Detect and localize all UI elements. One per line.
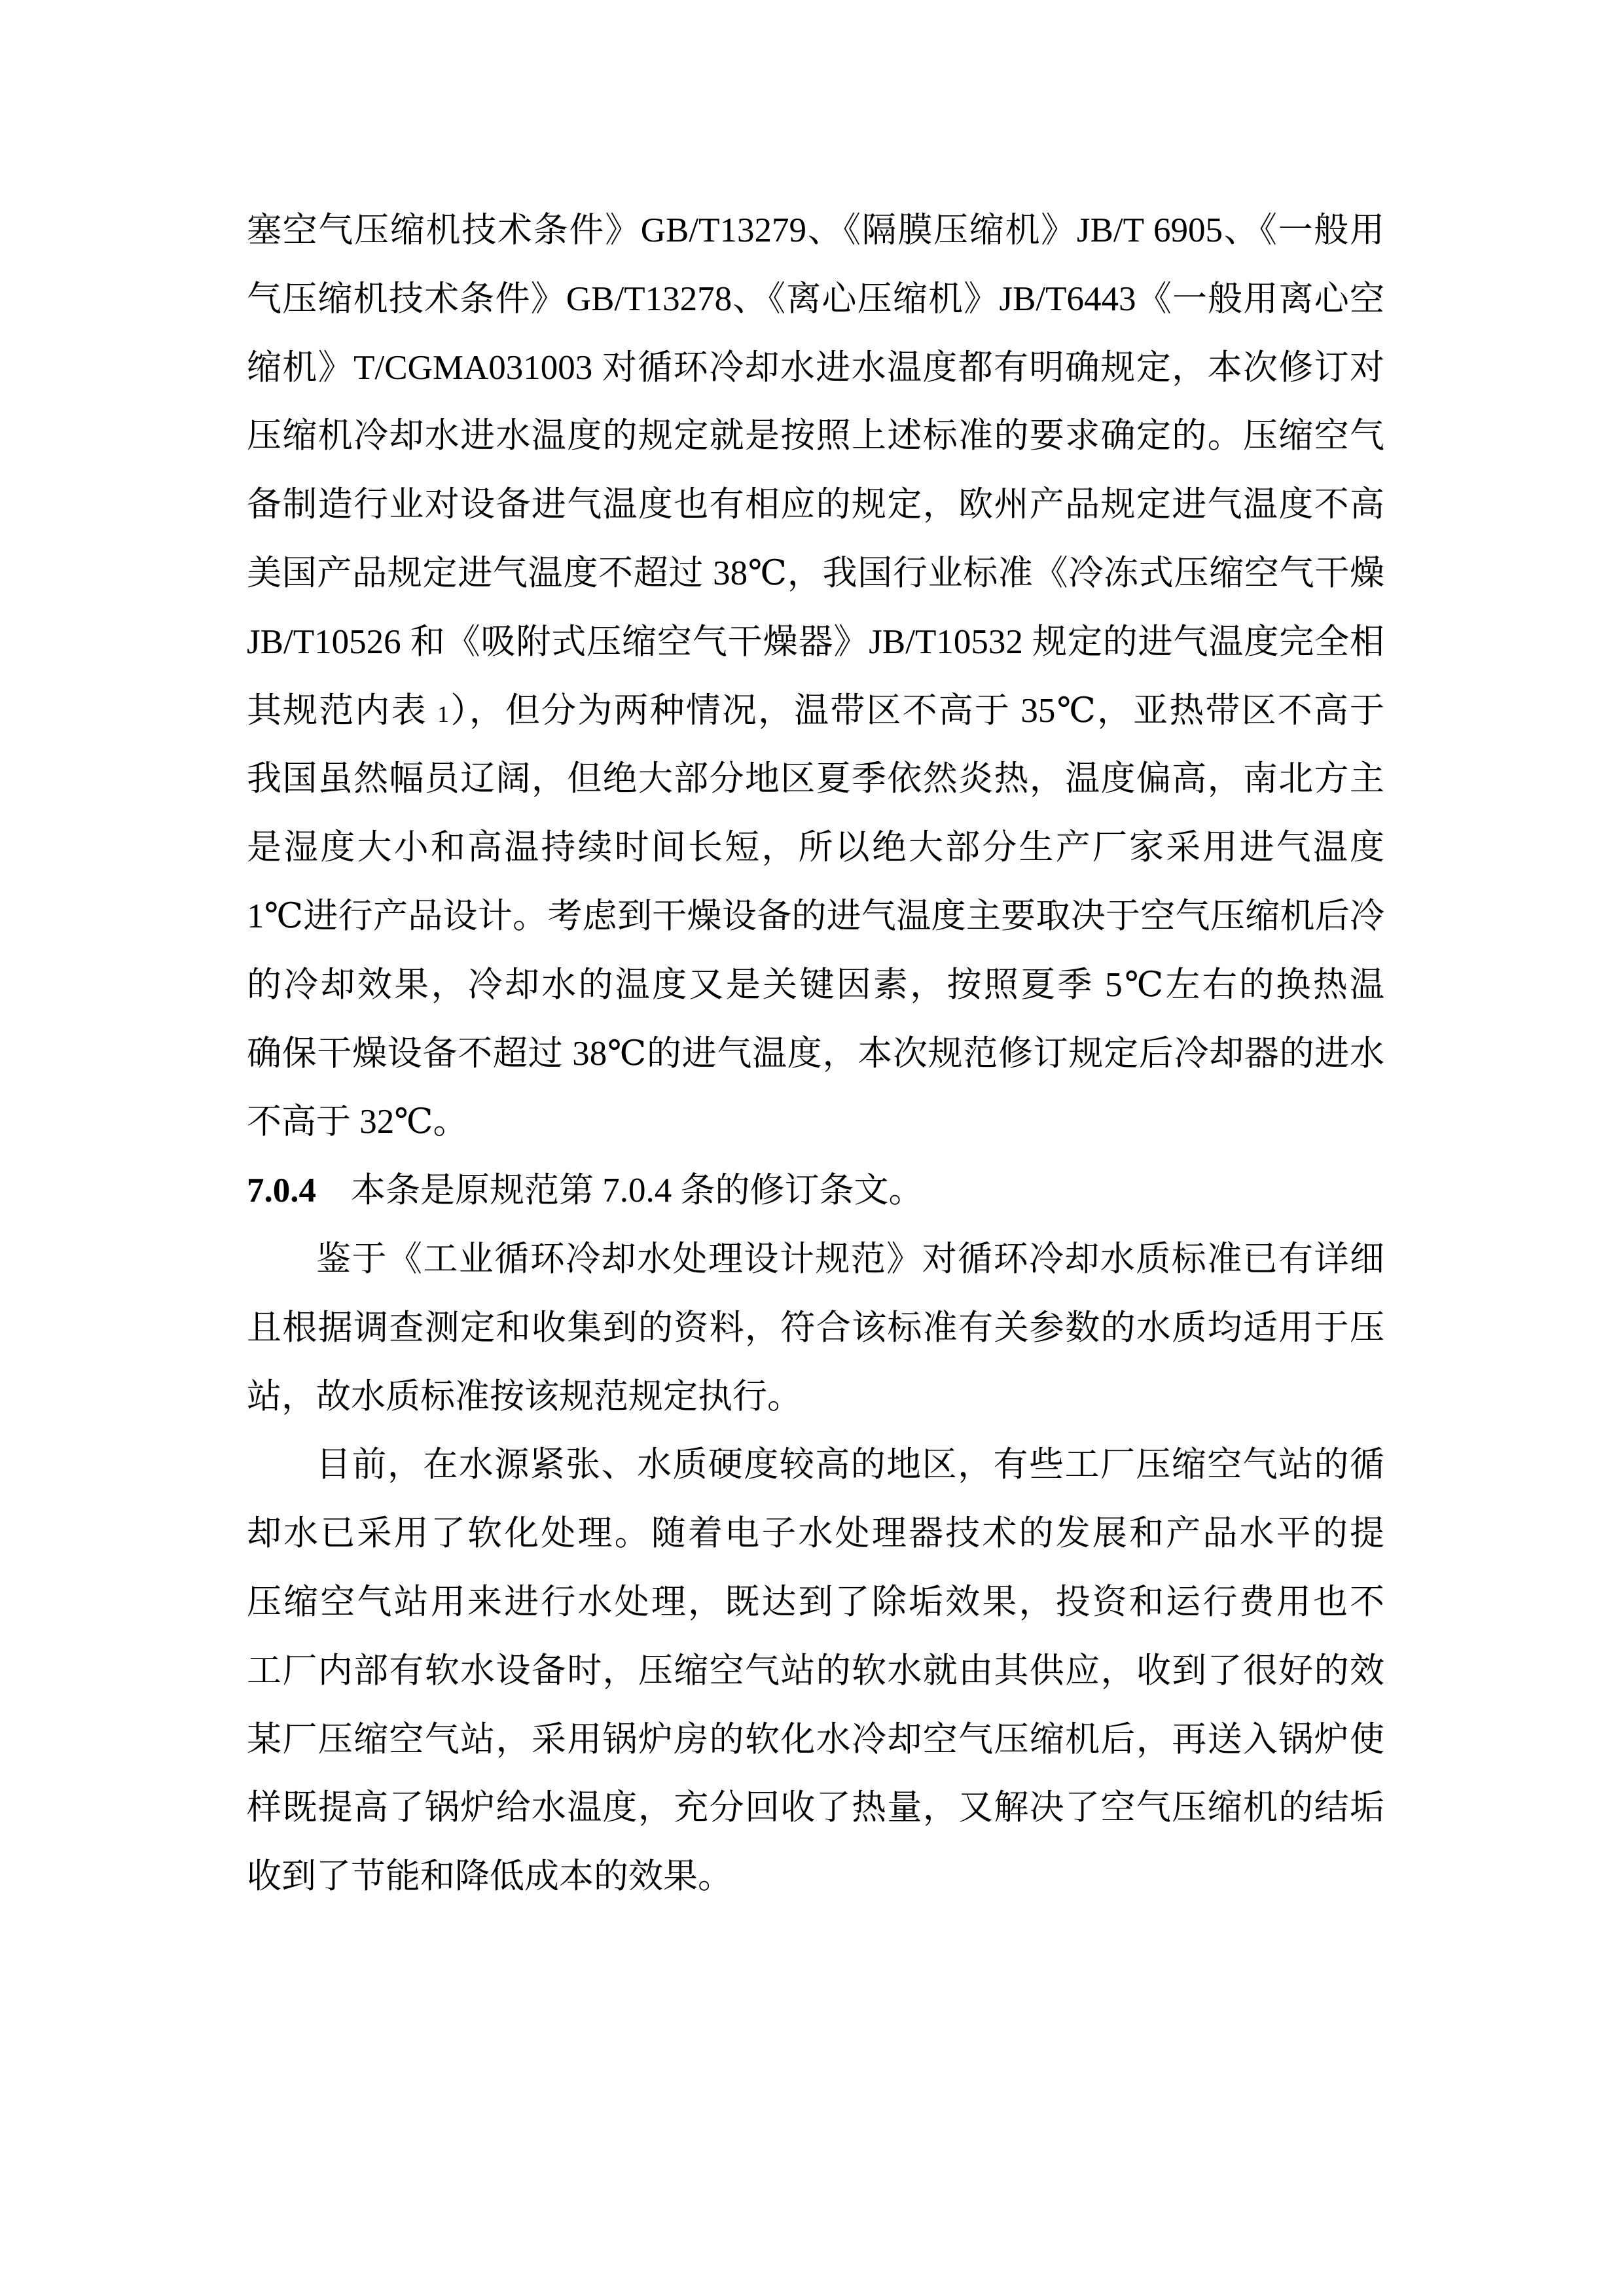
text-line: JB/T10526 和《吸附式压缩空气干燥器》JB/T10532 规定的进气温度… (247, 608, 1384, 677)
text-run: 却水已采用了软化处理。随着电子水处理器技术的发展和产品水平的提高，一些 (247, 1515, 1384, 1568)
text-line: 确保干燥设备不超过 38℃的进气温度，本次规范修订规定后冷却器的进水温度 (247, 1020, 1384, 1088)
text-run: 鉴于《工业循环冷却水处理设计规范》对循环冷却水质标准已有详细规定， (247, 1240, 1384, 1294)
text-line: 美国产品规定进气温度不超过 38℃，我国行业标准《冷冻式压缩空气干燥器》 (247, 539, 1384, 608)
text-run: 收到了节能和降低成本的效果。 (247, 1857, 732, 1895)
text-line: 压缩空气站用来进行水处理，既达到了除垢效果，投资和运行费用也不高；有的 (247, 1568, 1384, 1637)
text-run: JB/T10526 和《吸附式压缩空气干燥器》JB/T10532 规定的进气温度… (247, 623, 1384, 677)
text-run: 缩机》T/CGMA031003 对循环冷却水进水温度都有明确规定，本次修订对空气 (247, 349, 1384, 403)
text-line: 气压缩机技术条件》GB/T13278、《离心压缩机》JB/T6443《一般用离心… (247, 265, 1384, 334)
text-line: 备制造行业对设备进气温度也有相应的规定，欧州产品规定进气温度不高于 35℃， (247, 471, 1384, 539)
text-run: 1℃进行产品设计。考虑到干燥设备的进气温度主要取决于空气压缩机后冷却器 (247, 897, 1384, 951)
text-run: 压缩空气站用来进行水处理，既达到了除垢效果，投资和运行费用也不高；有的 (247, 1583, 1384, 1637)
text-line: 样既提高了锅炉给水温度，充分回收了热量，又解决了空气压缩机的结垢问题， (247, 1774, 1384, 1842)
text-line: 1℃进行产品设计。考虑到干燥设备的进气温度主要取决于空气压缩机后冷却器 (247, 882, 1384, 951)
text-line: 不高于 32℃。 (247, 1088, 1384, 1157)
text-line: 收到了节能和降低成本的效果。 (247, 1842, 1384, 1911)
text-run: 工厂内部有软水设备时，压缩空气站的软水就由其供应，收到了很好的效果。如 (247, 1652, 1384, 1706)
text-run: 且根据调查测定和收集到的资料，符合该标准有关参数的水质均适用于压缩空气 (247, 1309, 1384, 1363)
text-line: 工厂内部有软水设备时，压缩空气站的软水就由其供应，收到了很好的效果。如 (247, 1637, 1384, 1706)
text-line: 是湿度大小和高温持续时间长短，所以绝大部分生产厂家采用进气温度 38℃± (247, 814, 1384, 882)
text-run: 目前，在水源紧张、水质硬度较高的地区，有些工厂压缩空气站的循环冷 (247, 1446, 1384, 1499)
text-line: 却水已采用了软化处理。随着电子水处理器技术的发展和产品水平的提高，一些 (247, 1499, 1384, 1568)
text-line: 鉴于《工业循环冷却水处理设计规范》对循环冷却水质标准已有详细规定， (247, 1225, 1384, 1294)
text-run: 备制造行业对设备进气温度也有相应的规定，欧州产品规定进气温度不高于 35℃， (247, 486, 1384, 539)
text-run: 7.0.4 (247, 1172, 316, 1210)
text-run: 其规范内表 (247, 692, 437, 730)
text-line: 我国虽然幅员辽阔，但绝大部分地区夏季依然炎热，温度偏高，南北方主要差距 (247, 745, 1384, 814)
text-line: 目前，在水源紧张、水质硬度较高的地区，有些工厂压缩空气站的循环冷 (247, 1431, 1384, 1499)
text-line: 7.0.4 本条是原规范第 7.0.4 条的修订条文。 (247, 1157, 1384, 1225)
text-line: 压缩机冷却水进水温度的规定就是按照上述标准的要求确定的。压缩空气干燥设 (247, 402, 1384, 471)
text-run: 站，故水质标准按该规范规定执行。 (247, 1378, 802, 1416)
text-run: 美国产品规定进气温度不超过 38℃，我国行业标准《冷冻式压缩空气干燥器》 (247, 554, 1384, 608)
text-run: 本条是原规范第 7.0.4 条的修订条文。 (316, 1172, 924, 1210)
text-line: 某厂压缩空气站，采用锅炉房的软化水冷却空气压缩机后，再送入锅炉使用。这 (247, 1706, 1384, 1774)
text-line: 站，故水质标准按该规范规定执行。 (247, 1363, 1384, 1431)
text-line: 的冷却效果，冷却水的温度又是关键因素，按照夏季 5℃左右的换热温差，为了 (247, 951, 1384, 1020)
text-line: 其规范内表 1），但分为两种情况，温带区不高于 35℃，亚热带区不高于 38℃。 (247, 677, 1384, 745)
text-line: 塞空气压缩机技术条件》GB/T13279、《隔膜压缩机》JB/T 6905、《一… (247, 196, 1384, 265)
document-page: 塞空气压缩机技术条件》GB/T13279、《隔膜压缩机》JB/T 6905、《一… (0, 0, 1624, 2296)
text-run: 气压缩机技术条件》GB/T13278、《离心压缩机》JB/T6443《一般用离心… (247, 280, 1384, 334)
text-block: 塞空气压缩机技术条件》GB/T13279、《隔膜压缩机》JB/T 6905、《一… (247, 196, 1384, 1911)
text-run: 确保干燥设备不超过 38℃的进气温度，本次规范修订规定后冷却器的进水温度 (247, 1035, 1384, 1088)
text-run: 样既提高了锅炉给水温度，充分回收了热量，又解决了空气压缩机的结垢问题， (247, 1789, 1384, 1842)
text-line: 且根据调查测定和收集到的资料，符合该标准有关参数的水质均适用于压缩空气 (247, 1294, 1384, 1363)
text-run: 压缩机冷却水进水温度的规定就是按照上述标准的要求确定的。压缩空气干燥设 (247, 417, 1384, 471)
text-run: 1 (437, 701, 449, 727)
text-line: 缩机》T/CGMA031003 对循环冷却水进水温度都有明确规定，本次修订对空气 (247, 334, 1384, 403)
text-run: 我国虽然幅员辽阔，但绝大部分地区夏季依然炎热，温度偏高，南北方主要差距 (247, 760, 1384, 814)
text-run: 是湿度大小和高温持续时间长短，所以绝大部分生产厂家采用进气温度 38℃± (247, 829, 1384, 882)
text-run: 某厂压缩空气站，采用锅炉房的软化水冷却空气压缩机后，再送入锅炉使用。这 (247, 1721, 1384, 1774)
text-run: 塞空气压缩机技术条件》GB/T13279、《隔膜压缩机》JB/T 6905、《一… (247, 211, 1384, 265)
text-run: 不高于 32℃。 (247, 1103, 468, 1141)
text-run: 的冷却效果，冷却水的温度又是关键因素，按照夏季 5℃左右的换热温差，为了 (247, 966, 1384, 1020)
